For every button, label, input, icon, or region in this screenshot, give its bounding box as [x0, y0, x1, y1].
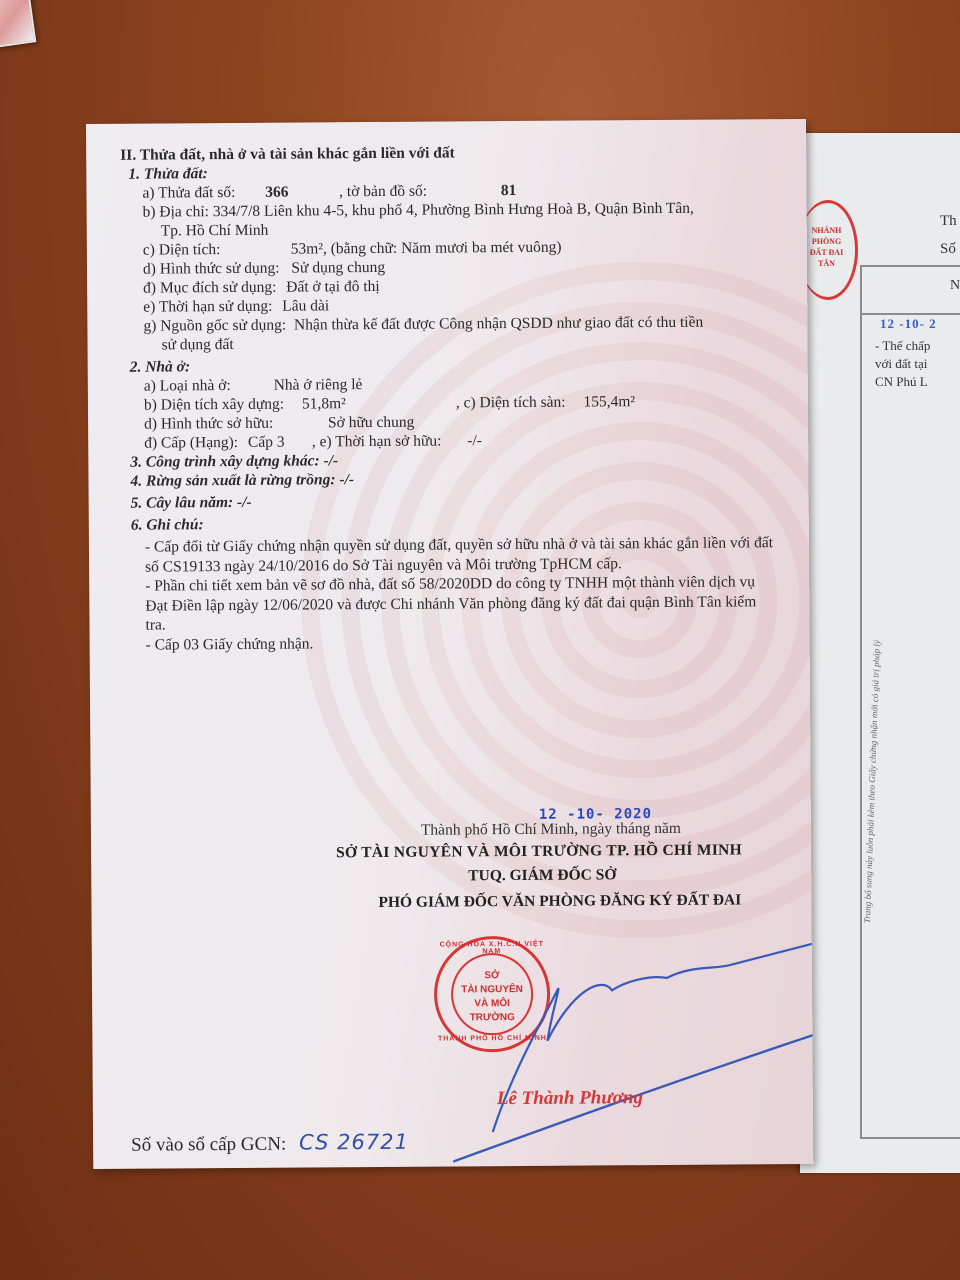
registry-number: CS 26721: [299, 1130, 409, 1155]
ownership-value: Sở hữu chung: [328, 414, 414, 432]
map-sheet-label: , tờ bản đồ số:: [339, 183, 427, 201]
seal-text: SỞ: [453, 969, 531, 984]
own-term-value: -/-: [467, 432, 482, 449]
seal-center: SỞ TÀI NGUYÊN VÀ MÔI TRƯỜNG: [451, 953, 534, 1036]
signer-name: Lê Thành Phương: [497, 1087, 643, 1110]
own-term-label: , e) Thời hạn sở hữu:: [312, 433, 442, 451]
notes-list: - Cấp đổi từ Giấy chứng nhận quyền sử dụ…: [145, 533, 784, 654]
parcel-label: a) Thửa đất số:: [142, 184, 235, 202]
changes-entry-text: - Thế chấp với đất tại CN Phú L: [875, 337, 930, 391]
authorization-line: TUQ. GIÁM ĐỐC SỞ: [468, 866, 616, 885]
changes-table-divider: [860, 313, 960, 315]
changes-entry-date-stamp: 12 -10- 2: [880, 316, 937, 332]
area-value: 53m², (bằng chữ: Năm mươi ba mét vuông): [291, 239, 562, 258]
right-page-number-label: Số: [940, 241, 956, 258]
note-item: - Cấp đổi từ Giấy chứng nhận quyền sử dụ…: [145, 533, 775, 576]
changes-table-header: N: [950, 278, 960, 294]
production-forest: 4. Rừng sản xuất là rừng trồng: -/-: [130, 467, 782, 491]
place-date-line: Thành phố Hồ Chí Minh, ngày tháng năm: [421, 820, 681, 840]
ownership-label: d) Hình thức sở hữu:: [144, 413, 324, 433]
build-area-value: 51,8m²: [302, 393, 452, 413]
term-label: e) Thời hạn sử dụng:: [143, 298, 272, 316]
note-item: - Cấp 03 Giấy chứng nhận.: [146, 631, 784, 655]
right-page-title: Th: [940, 213, 957, 230]
parcel-number: 366: [265, 182, 335, 201]
changes-entry-line: - Thế chấp: [875, 337, 930, 355]
certificate-page: II. Thửa đất, nhà ở và tài sản khác gắn …: [86, 119, 813, 1169]
changes-entry-line: CN Phú L: [875, 373, 930, 391]
origin-value: Nhận thừa kế đất được Công nhận QSDD như…: [294, 314, 703, 334]
purpose-value: Đất ở tại đô thị: [286, 278, 380, 296]
build-area-label: b) Diện tích xây dựng:: [144, 396, 284, 414]
registry-number-row: Số vào sổ cấp GCN: CS 26721: [131, 1130, 409, 1157]
house-type-value: Nhà ở riêng lẻ: [274, 376, 363, 394]
grade-label: đ) Cấp (Hạng):: [144, 434, 238, 452]
map-sheet-number: 81: [501, 182, 517, 199]
grade-value: Cấp 3: [248, 432, 308, 451]
term-value: Lâu dài: [282, 297, 329, 314]
seal-ring-bottom-text: THÀNH PHỐ HỒ CHÍ MINH: [437, 1035, 547, 1043]
use-form-label: d) Hình thức sử dụng:: [143, 260, 280, 278]
official-seal: CỘNG HÒA X.H.C.N VIỆT NAM SỞ TÀI NGUYÊN …: [434, 936, 551, 1053]
signer-title: PHÓ GIÁM ĐỐC VĂN PHÒNG ĐĂNG KÝ ĐẤT ĐAI: [378, 891, 741, 912]
corner-document: [0, 0, 36, 49]
house-type-label: a) Loại nhà ở:: [144, 376, 270, 396]
address-value: 334/7/8 Liên khu 4-5, khu phố 4, Phường …: [213, 200, 694, 220]
address-label: b) Địa chỉ:: [143, 203, 209, 220]
certificate-content: II. Thửa đất, nhà ở và tài sản khác gắn …: [120, 141, 784, 655]
registry-label: Số vào sổ cấp GCN:: [131, 1134, 286, 1156]
origin-label: g) Nguồn gốc sử dụng:: [143, 317, 286, 335]
seal-text: TÀI NGUYÊN: [453, 983, 531, 998]
purpose-label: đ) Mục đích sử dụng:: [143, 279, 276, 297]
use-form-value: Sử dụng chung: [291, 259, 385, 277]
changes-entry-line: với đất tại: [875, 355, 930, 373]
floor-area-label: , c) Diện tích sàn:: [456, 394, 566, 412]
issuing-authority: SỞ TÀI NGUYÊN VÀ MÔI TRƯỜNG TP. HỒ CHÍ M…: [336, 841, 742, 862]
area-label: c) Diện tích:: [143, 240, 253, 260]
perennial-trees: 5. Cây lâu năm: -/-: [131, 489, 783, 513]
floor-area-value: 155,4m²: [583, 393, 635, 410]
notes-heading: 6. Ghi chú:: [131, 511, 783, 535]
note-item: - Phần chi tiết xem bản vẽ sơ đồ nhà, đấ…: [145, 572, 770, 635]
seal-text: VÀ MÔI TRƯỜNG: [453, 997, 531, 1026]
